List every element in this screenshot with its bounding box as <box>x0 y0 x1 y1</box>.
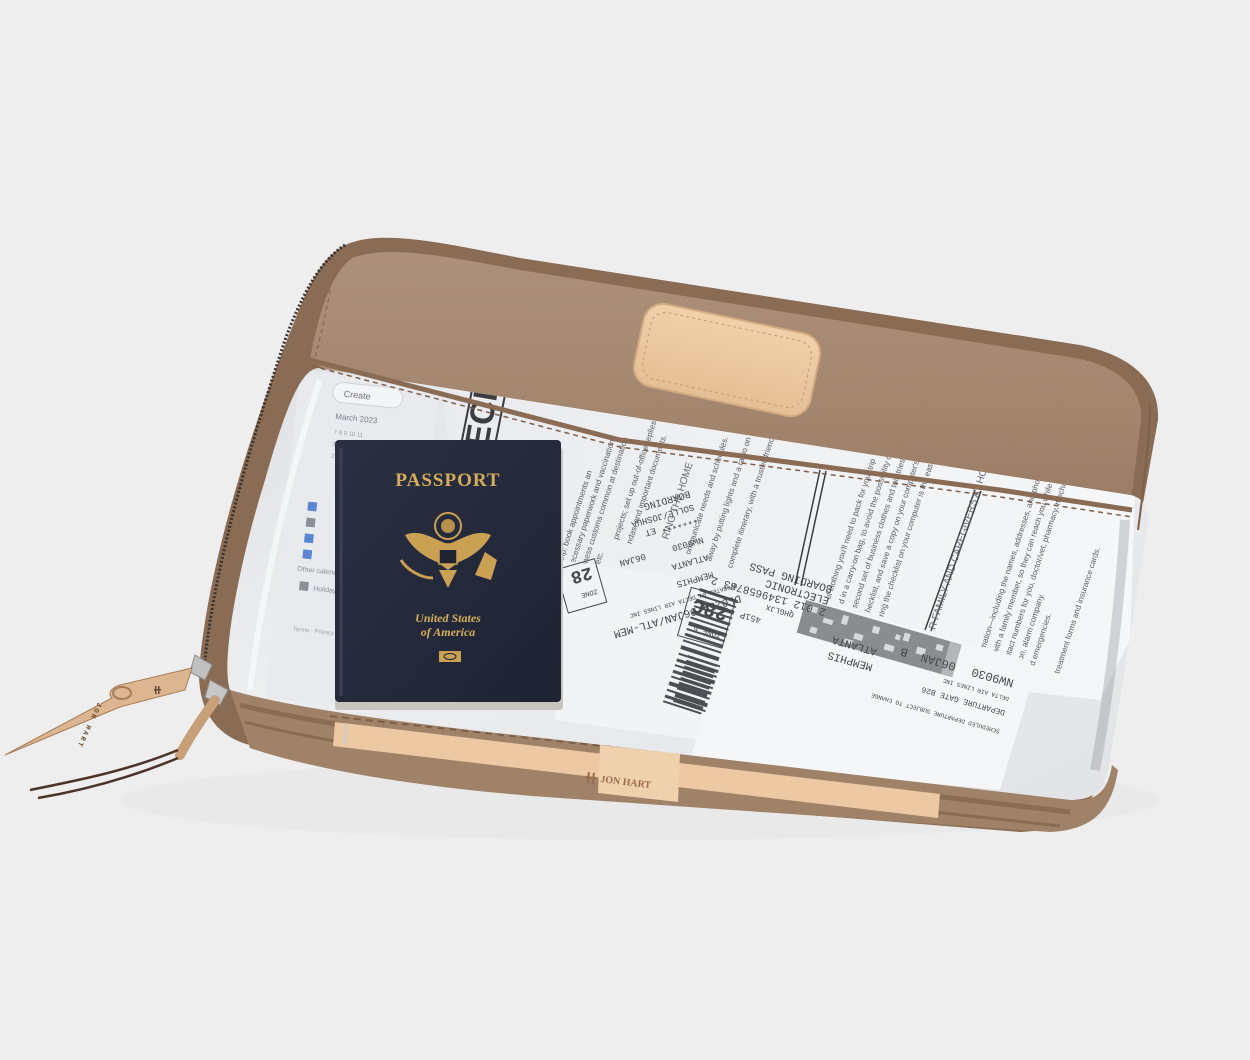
zipper-pull-leather[interactable]: JON HART <box>5 655 212 755</box>
passport: PASSPORT United States of America <box>335 440 563 710</box>
pouch: Create March 2023 7 8 9 10 11 14 15 16 1… <box>199 238 1158 832</box>
product-photo: Create March 2023 7 8 9 10 11 14 15 16 1… <box>0 0 1250 1060</box>
biometric-chip-icon <box>439 651 461 662</box>
passport-country-line-2: of America <box>421 625 476 639</box>
zipper-tag-brand: JON HART <box>74 701 102 749</box>
passport-country-line-1: United States <box>415 611 481 625</box>
passport-title: PASSPORT <box>395 470 500 491</box>
